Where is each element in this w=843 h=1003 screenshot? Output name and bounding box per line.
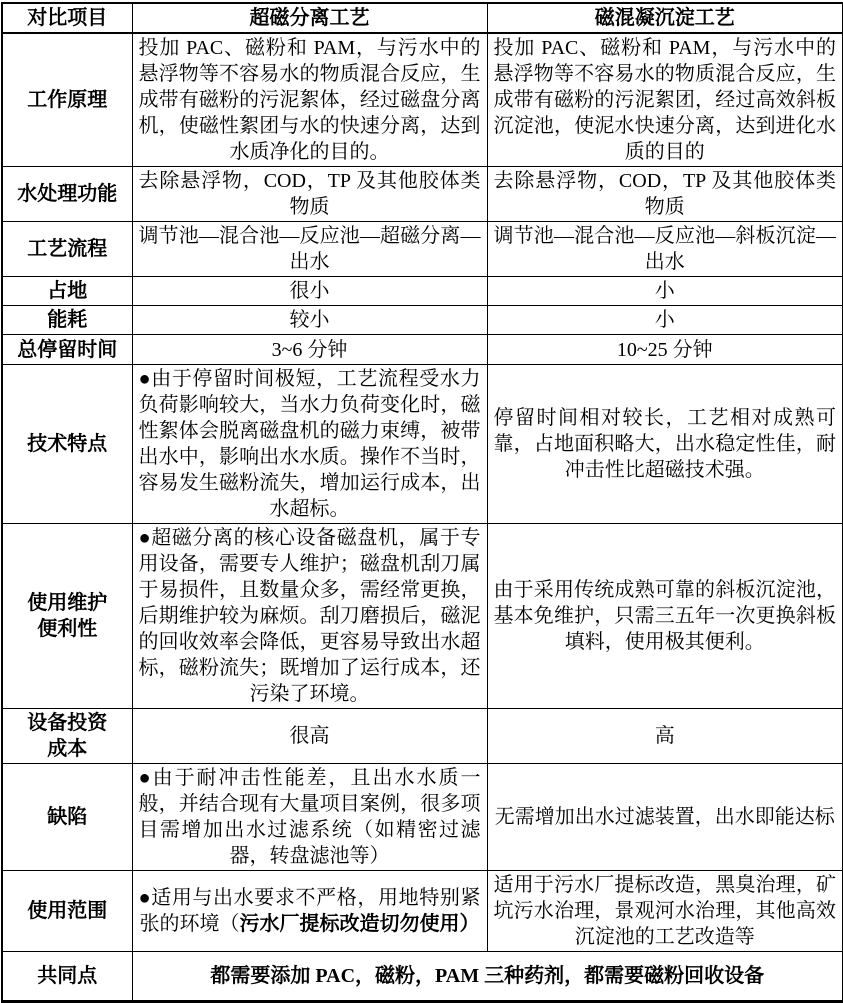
cell-usage-scope-supermag: ●适用与出水要求不严格，用地特别紧张的环境（污水厂提标改造切勿使用） [132, 871, 487, 952]
cell-technical-features-magcoag: 停留时间相对较长，工艺相对成熟可靠，占地面积略大，出水稳定性佳，耐冲击性比超磁技… [487, 365, 843, 524]
cell-common-points: 都需要添加 PAC，磁粉，PAM 三种药剂，都需要磁粉回收设备 [132, 952, 843, 1002]
row-working-principle: 工作原理 投加 PAC、磁粉和 PAM，与污水中的悬浮物等不容易水的物质混合反应… [2, 33, 843, 167]
header-supermag-process: 超磁分离工艺 [132, 3, 487, 33]
row-energy-consumption: 能耗 较小 小 [2, 306, 843, 335]
cell-maintenance-convenience-supermag: ●超磁分离的核心设备磁盘机，属于专用设备，需要专人维护；磁盘机刮刀属于易损件，且… [132, 524, 487, 709]
cell-energy-consumption-magcoag: 小 [487, 306, 843, 335]
row-label-footprint: 占地 [2, 277, 132, 306]
row-label-retention-time: 总停留时间 [2, 335, 132, 365]
row-footprint: 占地 很小 小 [2, 277, 843, 306]
row-label-working-principle: 工作原理 [2, 33, 132, 167]
row-label-maintenance-convenience: 使用维护 便利性 [2, 524, 132, 709]
row-retention-time: 总停留时间 3~6 分钟 10~25 分钟 [2, 335, 843, 365]
row-label-investment-cost: 设备投资 成本 [2, 709, 132, 764]
row-label-energy-consumption: 能耗 [2, 306, 132, 335]
cell-process-flow-magcoag: 调节池—混合池—反应池—斜板沉淀—出水 [487, 222, 843, 277]
row-label-common-points: 共同点 [2, 952, 132, 1002]
cell-technical-features-supermag: ●由于停留时间极短，工艺流程受水力负荷影响较大，当水力负荷变化时，磁性絮体会脱离… [132, 365, 487, 524]
row-technical-features: 技术特点 ●由于停留时间极短，工艺流程受水力负荷影响较大，当水力负荷变化时，磁性… [2, 365, 843, 524]
cell-treatment-function-magcoag: 去除悬浮物，COD，TP 及其他胶体类物质 [487, 167, 843, 222]
header-row: 对比项目 超磁分离工艺 磁混凝沉淀工艺 [2, 3, 843, 33]
row-label-technical-features: 技术特点 [2, 365, 132, 524]
cell-working-principle-magcoag: 投加 PAC、磁粉和 PAM，与污水中的悬浮物等不容易水的物质混合反应，生成带有… [487, 33, 843, 167]
cell-process-flow-supermag: 调节池—混合池—反应池—超磁分离—出水 [132, 222, 487, 277]
row-label-process-flow: 工艺流程 [2, 222, 132, 277]
cell-working-principle-supermag: 投加 PAC、磁粉和 PAM，与污水中的悬浮物等不容易水的物质混合反应，生成带有… [132, 33, 487, 167]
row-process-flow: 工艺流程 调节池—混合池—反应池—超磁分离—出水 调节池—混合池—反应池—斜板沉… [2, 222, 843, 277]
process-comparison-table: 对比项目 超磁分离工艺 磁混凝沉淀工艺 工作原理 投加 PAC、磁粉和 PAM，… [1, 2, 843, 1003]
row-common-points: 共同点 都需要添加 PAC，磁粉，PAM 三种药剂，都需要磁粉回收设备 [2, 952, 843, 1002]
cell-usage-scope-magcoag: 适用于污水厂提标改造，黑臭治理，矿坑污水治理，景观河水治理，其他高效沉淀池的工艺… [487, 871, 843, 952]
cell-retention-time-magcoag: 10~25 分钟 [487, 335, 843, 365]
cell-footprint-magcoag: 小 [487, 277, 843, 306]
header-magcoag-process: 磁混凝沉淀工艺 [487, 3, 843, 33]
row-defects: 缺陷 ●由于耐冲击性能差，且出水水质一般，并结合现有大量项目案例，很多项目需增加… [2, 764, 843, 871]
cell-defects-magcoag: 无需增加出水过滤装置，出水即能达标 [487, 764, 843, 871]
page: 对比项目 超磁分离工艺 磁混凝沉淀工艺 工作原理 投加 PAC、磁粉和 PAM，… [0, 0, 843, 976]
row-label-defects: 缺陷 [2, 764, 132, 871]
cell-treatment-function-supermag: 去除悬浮物，COD，TP 及其他胶体类物质 [132, 167, 487, 222]
row-usage-scope: 使用范围 ●适用与出水要求不严格，用地特别紧张的环境（污水厂提标改造切勿使用） … [2, 871, 843, 952]
cell-investment-cost-supermag: 很高 [132, 709, 487, 764]
row-maintenance-convenience: 使用维护 便利性 ●超磁分离的核心设备磁盘机，属于专用设备，需要专人维护；磁盘机… [2, 524, 843, 709]
row-label-treatment-function: 水处理功能 [2, 167, 132, 222]
cell-energy-consumption-supermag: 较小 [132, 306, 487, 335]
row-label-usage-scope: 使用范围 [2, 871, 132, 952]
header-compare-item: 对比项目 [2, 3, 132, 33]
cell-footprint-supermag: 很小 [132, 277, 487, 306]
cell-defects-supermag: ●由于耐冲击性能差，且出水水质一般，并结合现有大量项目案例，很多项目需增加出水过… [132, 764, 487, 871]
cell-investment-cost-magcoag: 高 [487, 709, 843, 764]
cell-maintenance-convenience-magcoag: 由于采用传统成熟可靠的斜板沉淀池，基本免维护，只需三五年一次更换斜板填料，使用极… [487, 524, 843, 709]
cell-retention-time-supermag: 3~6 分钟 [132, 335, 487, 365]
row-investment-cost: 设备投资 成本 很高 高 [2, 709, 843, 764]
usage-scope-supermag-warning: 污水厂提标改造切勿使用） [240, 913, 480, 935]
row-treatment-function: 水处理功能 去除悬浮物，COD，TP 及其他胶体类物质 去除悬浮物，COD，TP… [2, 167, 843, 222]
